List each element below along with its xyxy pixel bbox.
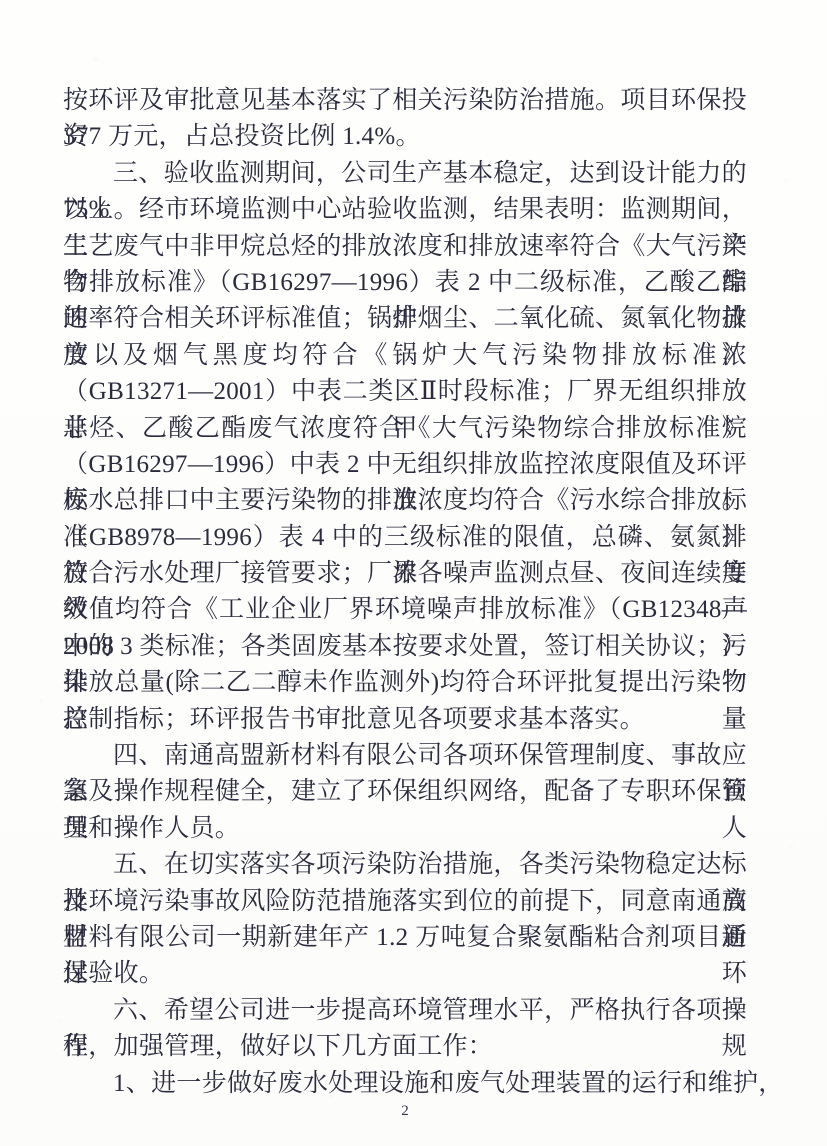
text-line: 控制指标；环评报告书审批意见各项要求基本落实。 [63,702,747,738]
scan-noise [0,0,2,2]
text-line: 三、验收监测期间，公司生产基本稳定，达到设计能力的 75% [63,156,747,192]
text-line: 377 万元，占总投资比例 1.4%。 [63,119,747,155]
text-line: 度以及烟气黑度均符合《锅炉大气污染物排放标准》 [63,338,747,374]
text-line: 四、南通高盟新材料有限公司各项环保管理制度、事故应急预 [63,738,747,774]
text-line: 六、希望公司进一步提高环境管理水平，严格执行各项操作规 [63,993,747,1029]
scanned-document-page: 按环评及审批意见基本落实了相关污染防治措施。项目环保投资377 万元，占总投资比… [0,0,827,1146]
text-line: 案及操作规程健全，建立了环保组织网络，配备了专职环保管理人 [63,774,747,810]
text-line: （GB13271—2001）中表二类区Ⅱ时段标准；厂界无组织排放非甲烷 [63,374,747,410]
text-line: 材料有限公司一期新建年产 1.2 万吨复合聚氨酯粘合剂项目通过环 [63,920,747,956]
text-line: 级值均符合《工业企业厂界环境噪声排放标准》（GB12348—2008） [63,592,747,628]
text-line: 及环境污染事故风险防范措施落实到位的前提下，同意南通高盟新 [63,884,747,920]
text-line: （GB16297—1996）中表 2 中无组织排放监控浓度限值及环评标准。 [63,447,747,483]
document-body: 按环评及审批意见基本落实了相关污染防治措施。项目环保投资377 万元，占总投资比… [63,83,747,1102]
text-line: 五、在切实落实各项污染防治措施，各类污染物稳定达标排放 [63,847,747,883]
text-line: 工艺废气中非甲烷总烃的排放浓度和排放速率符合《大气污染物综 [63,229,747,265]
page-number: 2 [63,1103,747,1120]
text-line: 以上。经市环境监测中心站验收监测，结果表明：监测期间，生产 [63,192,747,228]
text-line: （GB8978—1996）表 4 中的三级标准的限值，总磷、氨氮排放浓度 [63,520,747,556]
text-line: 1、进一步做好废水处理设施和废气处理装置的运行和维护， [63,1066,747,1102]
text-line: 废水总排口中主要污染物的排放浓度均符合《污水综合排放标准》 [63,483,747,519]
text-line: 按环评及审批意见基本落实了相关污染防治措施。项目环保投资 [63,83,747,119]
text-line: 中的 3 类标准；各类固废基本按要求处置，签订相关协议；污染物 [63,629,747,665]
text-line: 排放总量(除二乙二醇未作监测外)均符合环评批复提出污染物总量 [63,665,747,701]
text-line: 符合污水处理厂接管要求；厂界各噪声监测点昼、夜间连续等效声 [63,556,747,592]
text-line: 速率符合相关环评标准值；锅炉烟尘、二氧化硫、氮氧化物排放浓 [63,301,747,337]
text-line: 总烃、乙酸乙酯废气浓度符合《大气污染物综合排放标准》 [63,411,747,447]
text-line: 合排放标准》（GB16297—1996）表 2 中二级标准，乙酸乙酯的排放 [63,265,747,301]
